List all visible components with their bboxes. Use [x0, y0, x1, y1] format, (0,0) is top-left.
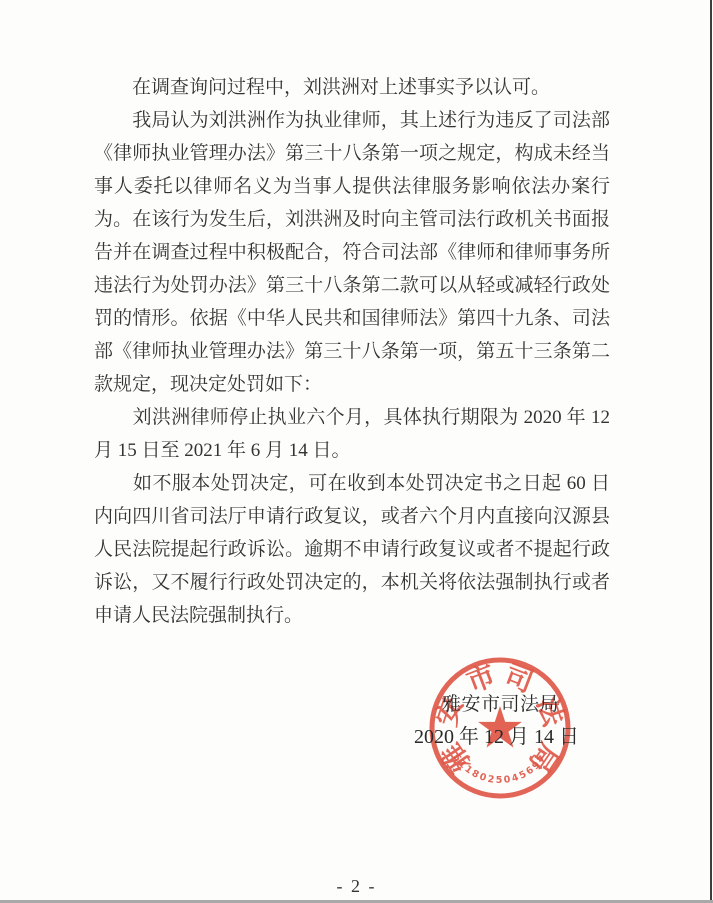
body-line: 违法行为处罚办法》第三十八条第二款可以从轻或减轻行政处	[94, 269, 610, 302]
seal-character: 司	[500, 659, 538, 699]
body-line: 诉讼，又不履行行政处罚决定的，本机关将依法强制执行或者	[94, 566, 610, 599]
body-line: 告并在调查过程中积极配合，符合司法部《律师和律师事务所	[94, 236, 610, 269]
seal-character: 市	[462, 659, 500, 699]
body-line: 款规定，现决定处罚如下：	[94, 368, 610, 401]
scanned-document-page: 在调查询问过程中，刘洪洲对上述事实予以认可。 我局认为刘洪洲作为执业律师，其上述…	[0, 0, 713, 903]
body-line: 在调查询问过程中，刘洪洲对上述事实予以认可。	[94, 71, 610, 104]
body-line: 申请人民法院强制执行。	[94, 599, 610, 632]
body-line: 人民法院提起行政诉讼。逾期不申请行政复议或者不提起行政	[94, 533, 610, 566]
body-line: 《律师执业管理办法》第三十八条第一项之规定，构成未经当	[94, 137, 610, 170]
body-line: 如不服本处罚决定，可在收到本处罚决定书之日起 60 日	[94, 467, 610, 500]
body-line: 为。在该行为发生后，刘洪洲及时向主管司法行政机关书面报	[94, 203, 610, 236]
document-body: 在调查询问过程中，刘洪洲对上述事实予以认可。 我局认为刘洪洲作为执业律师，其上述…	[94, 71, 610, 632]
issuing-authority: 雅安市司法局	[442, 694, 559, 716]
body-line: 部《律师执业管理办法》第三十八条第一项，第五十三条第二	[94, 335, 610, 368]
decision-date: 2020 年 12 月 14 日	[414, 726, 579, 749]
body-line: 我局认为刘洪洲作为执业律师，其上述行为违反了司法部	[94, 104, 610, 137]
body-line: 刘洪洲律师停止执业六个月，具体执行期限为 2020 年 12	[94, 401, 610, 434]
body-line: 罚的情形。依据《中华人民共和国律师法》第四十九条、司法	[94, 302, 610, 335]
body-line: 事人委托以律师名义为当事人提供法律服务影响依法办案行	[94, 170, 610, 203]
body-line: 内向四川省司法厅申请行政复议，或者六个月内直接向汉源县	[94, 500, 610, 533]
page-number: - 2 -	[0, 876, 713, 897]
body-line: 月 15 日至 2021 年 6 月 14 日。	[94, 434, 610, 467]
scan-edge-artifact-right	[710, 0, 712, 903]
